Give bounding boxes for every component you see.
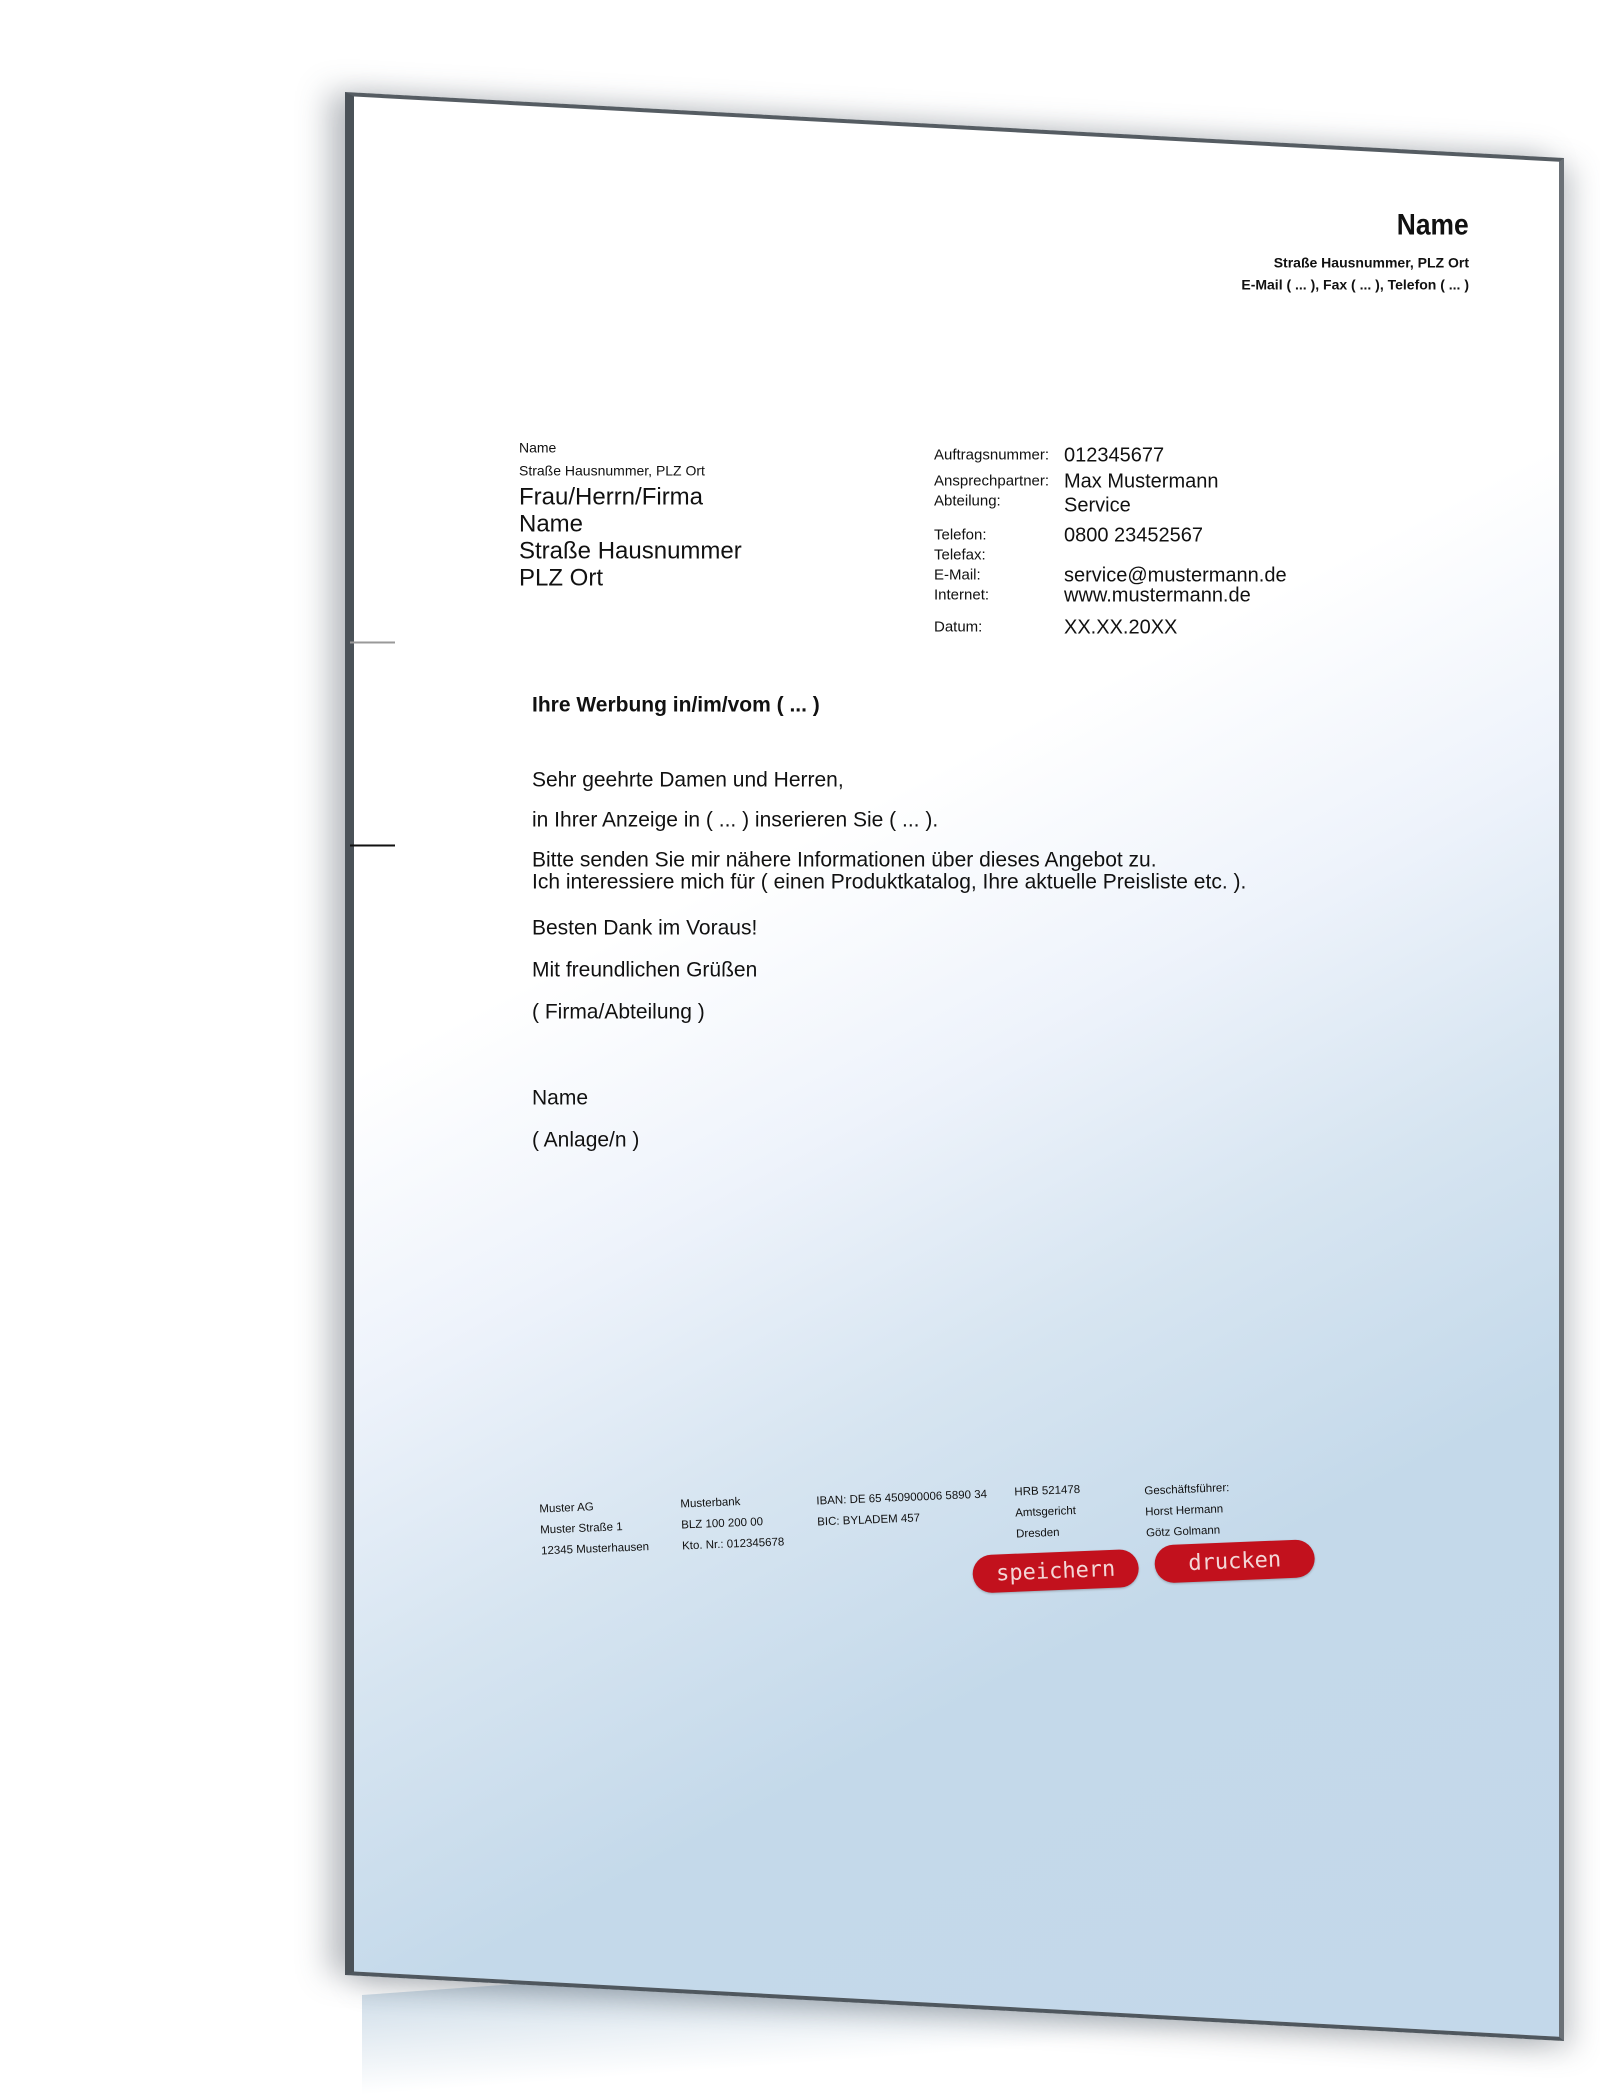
footer-text: Götz Golmann [1146,1520,1232,1544]
document-preview: Name Straße Hausnummer, PLZ Ort E-Mail (… [0,0,1600,2100]
print-button[interactable]: drucken [1154,1539,1315,1583]
footer-text: Amtsgericht [1015,1501,1082,1525]
letterhead-address: Straße Hausnummer, PLZ Ort [1274,254,1469,270]
sender-address: Straße Hausnummer, PLZ Ort [519,459,705,482]
recipient-city: PLZ Ort [519,564,742,591]
footer-text: Dresden [1016,1522,1083,1546]
info-label: Telefax: [934,546,1059,563]
info-label: Internet: [934,586,1059,603]
footer-management: Geschäftsführer: Horst Hermann Götz Golm… [1144,1478,1231,1544]
footer-text: Kto. Nr.: 012345678 [682,1532,785,1557]
sender-name: Name [519,436,705,459]
info-value: XX.XX.20XX [1064,616,1177,639]
fold-mark [350,641,395,643]
info-value: Max Mustermann [1064,470,1219,493]
letter-paragraph: Bitte senden Sie mir nähere Informatione… [532,848,1157,872]
letterhead-contact: E-Mail ( ... ), Fax ( ... ), Telefon ( .… [1241,276,1469,292]
info-label: Telefon: [934,526,1059,543]
save-button[interactable]: speichern [972,1549,1139,1594]
footer-company: Muster AG Muster Straße 1 12345 Musterha… [539,1495,650,1562]
letter-closing: Mit freundlichen Grüßen [532,958,757,982]
letter-thanks: Besten Dank im Voraus! [532,916,757,940]
letter-company: ( Firma/Abteilung ) [532,1000,705,1024]
letter-paragraph: Ich interessiere mich für ( einen Produk… [532,870,1246,894]
footer-text: HRB 521478 [1014,1480,1081,1504]
letter-subject: Ihre Werbung in/im/vom ( ... ) [532,693,820,717]
info-value: Service [1064,494,1131,517]
signature-name: Name [532,1086,588,1110]
sender-line: Name Straße Hausnummer, PLZ Ort [519,436,705,482]
punch-mark [350,844,395,846]
footer-iban: IBAN: DE 65 450900006 5890 34 BIC: BYLAD… [816,1485,988,1534]
attachments-note: ( Anlage/n ) [532,1128,639,1152]
recipient-address: Frau/Herrn/Firma Name Straße Hausnummer … [519,483,742,591]
info-label: Datum: [934,618,1059,635]
recipient-name: Name [519,510,742,537]
info-value: www.mustermann.de [1064,584,1251,607]
info-label: Auftragsnummer: [934,446,1059,463]
letterhead-name: Name [1397,208,1469,242]
info-value: 0800 23452567 [1064,524,1203,547]
info-label: E-Mail: [934,566,1059,583]
recipient-salutation: Frau/Herrn/Firma [519,483,742,510]
info-value: 012345677 [1064,444,1164,467]
info-label: Ansprechpartner: [934,472,1059,489]
footer-bank: Musterbank BLZ 100 200 00 Kto. Nr.: 0123… [680,1490,785,1557]
footer-register: HRB 521478 Amtsgericht Dresden [1014,1480,1082,1546]
footer-text: 12345 Musterhausen [541,1537,650,1562]
letter-greeting: Sehr geehrte Damen und Herren, [532,768,844,792]
info-label: Abteilung: [934,492,1059,509]
recipient-street: Straße Hausnummer [519,537,742,564]
letter-page: Name Straße Hausnummer, PLZ Ort E-Mail (… [345,92,1564,2041]
letter-paragraph: in Ihrer Anzeige in ( ... ) inserieren S… [532,808,938,832]
